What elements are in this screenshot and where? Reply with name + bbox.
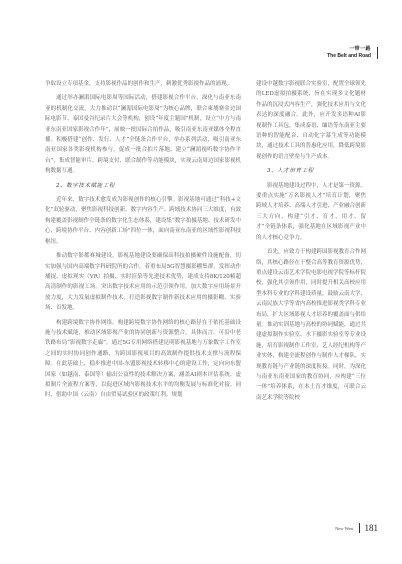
- paragraph: 通过举办澜湄国际电影周等国际活动，搭建影视合作平台，深化与南亚东南亚的机制化交流…: [45, 93, 241, 176]
- paragraph: 争取设立专项基金，支持影视作品的创作和生产，刺激优秀影视作品的涌现。: [45, 79, 241, 89]
- footer-divider: [359, 523, 360, 533]
- section-heading: 3、人才培育工程: [256, 166, 366, 176]
- paragraph: 构建跨境数字协作网络。构建跨境数字协作网络的核心路径在于依托基础设施与技术赋能，…: [45, 318, 241, 401]
- running-header: 一带一路 The Belt and Road: [327, 47, 378, 59]
- paragraph: 影视基地建设过程中，人才是第一资源。要重点实施“万名影视人才”培育计划，聚焦跨域…: [256, 181, 366, 243]
- section-title-en: The Belt and Road: [327, 54, 371, 59]
- paragraph: 推动数字影都赛城建设。影视基地建设要确保高科技拍摄硬件设施配备，切实加强与国内高…: [45, 251, 241, 313]
- paragraph: 近年来，数字技术愈发成为影视创作的核心引擎。影视基地可通过“科技+文化”双轮驱动…: [45, 195, 241, 247]
- left-column: 争取设立专项基金，支持影视作品的创作和生产，刺激优秀影视作品的涌现。 通过举办澜…: [45, 79, 241, 405]
- page-number: 181: [365, 523, 379, 533]
- right-column: 建设中越数字影视联合实验室，配置全球领先的LED虚拟拍摄系统，旨在实现多文化题材…: [256, 79, 366, 407]
- paragraph: 首先，应致力于构建跨国影视教育合作网络，其核心路径在于整合高等教育资源优势，重点…: [256, 247, 366, 403]
- page-footer: New West 181: [335, 523, 378, 533]
- section-heading: 2、数字技术赋能工程: [45, 181, 241, 191]
- paragraph: 建设中越数字影视联合实验室，配置全球领先的LED虚拟拍摄系统，旨在实现多文化题材…: [256, 79, 366, 162]
- section-title-zh: 一带一路: [327, 47, 371, 52]
- magazine-name: New West: [335, 526, 353, 531]
